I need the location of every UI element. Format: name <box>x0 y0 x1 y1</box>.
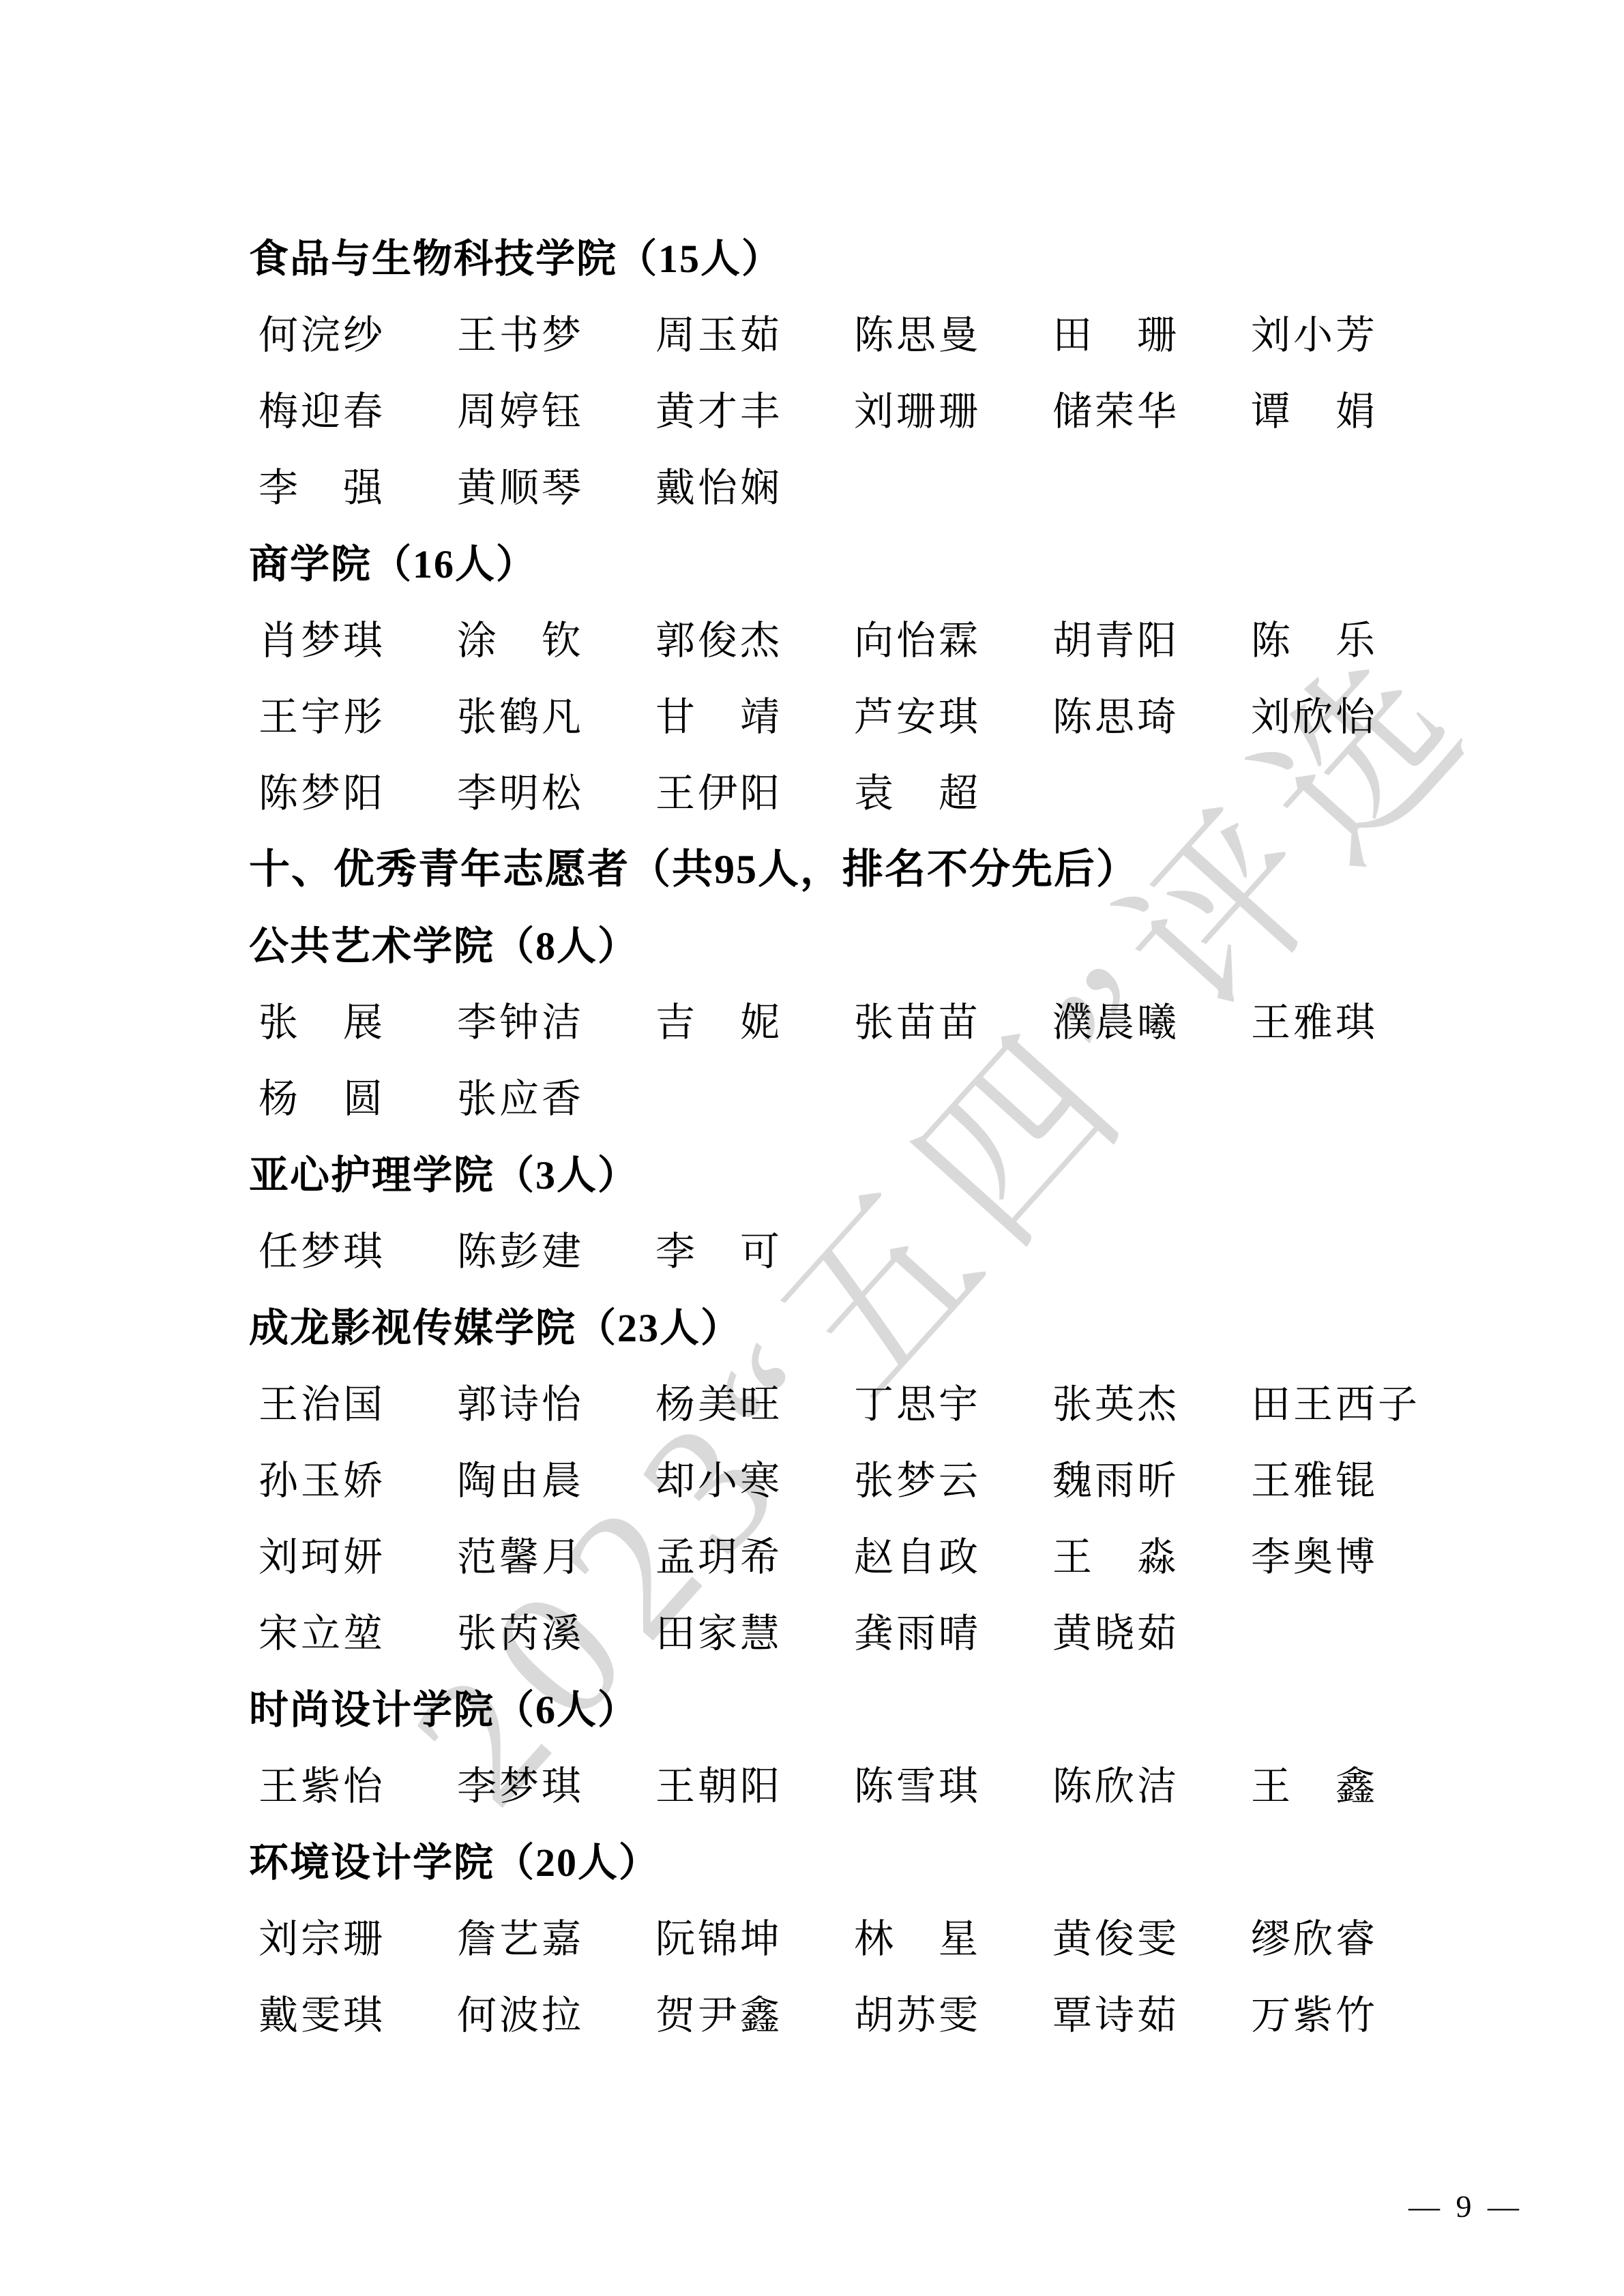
name-item: 詹艺嘉 <box>457 1907 655 1964</box>
name-item: 储荣华 <box>1052 379 1251 436</box>
college-heading: 成龙影视传媒学院（23人） <box>249 1286 1522 1362</box>
name-item: 刘宗珊 <box>259 1907 457 1964</box>
name-item: 李奥博 <box>1251 1525 1449 1582</box>
college-heading: 时尚设计学院（6人） <box>249 1668 1522 1744</box>
name-item: 杨美旺 <box>655 1372 854 1429</box>
college-heading: 环境设计学院（20人） <box>249 1821 1522 1897</box>
name-item: 王 鑫 <box>1251 1754 1449 1811</box>
name-item: 赵自政 <box>854 1525 1052 1582</box>
name-row: 张 展李钟洁吉 妮张苗苗濮晨曦王雅琪 <box>259 981 1522 1057</box>
name-item: 何浣纱 <box>259 303 457 360</box>
name-item: 范馨月 <box>457 1525 655 1582</box>
college-heading: 公共艺术学院（8人） <box>249 904 1522 981</box>
name-item: 周玉茹 <box>655 303 854 360</box>
name-item: 田家慧 <box>655 1601 854 1658</box>
name-item: 芦安琪 <box>854 685 1052 742</box>
name-item: 林 星 <box>854 1907 1052 1964</box>
name-item: 王雅琪 <box>1251 990 1449 1047</box>
name-row: 刘珂妍范馨月孟玥希赵自政王 淼李奥博 <box>259 1515 1522 1592</box>
name-item: 陈欣洁 <box>1052 1754 1251 1811</box>
name-item: 张芮溪 <box>457 1601 655 1658</box>
name-item: 胡青阳 <box>1052 608 1251 666</box>
name-item: 田 珊 <box>1052 303 1251 360</box>
name-item: 戴雯琪 <box>259 1983 457 2040</box>
name-item: 刘珂妍 <box>259 1525 457 1582</box>
name-item: 李梦琪 <box>457 1754 655 1811</box>
name-row: 戴雯琪何波拉贺尹鑫胡苏雯覃诗茹万紫竹 <box>259 1973 1522 2050</box>
name-row: 王紫怡李梦琪王朝阳陈雪琪陈欣洁王 鑫 <box>259 1744 1522 1821</box>
name-item: 甘 靖 <box>655 685 854 742</box>
name-item: 梅迎春 <box>259 379 457 436</box>
name-row: 宋立堃张芮溪田家慧龚雨晴黄晓茹 <box>259 1592 1522 1668</box>
name-item: 田王西子 <box>1251 1372 1449 1429</box>
name-item: 何波拉 <box>457 1983 655 2040</box>
name-item: 周婷钰 <box>457 379 655 436</box>
name-item: 阮锦坤 <box>655 1907 854 1964</box>
name-item: 孙玉娇 <box>259 1448 457 1506</box>
name-item: 陈雪琪 <box>854 1754 1052 1811</box>
document-page: 2023“五四”评选 食品与生物科技学院（15人）何浣纱王书梦周玉茹陈思曼田 珊… <box>0 0 1624 2296</box>
name-item: 张苗苗 <box>854 990 1052 1047</box>
name-row: 任梦琪陈彭建李 可 <box>259 1210 1522 1286</box>
name-item: 丁思宇 <box>854 1372 1052 1429</box>
name-item: 张英杰 <box>1052 1372 1251 1429</box>
name-item: 任梦琪 <box>259 1219 457 1277</box>
name-item: 陈思琦 <box>1052 685 1251 742</box>
name-item: 王治国 <box>259 1372 457 1429</box>
name-item: 杨 圆 <box>259 1067 457 1124</box>
name-item: 濮晨曦 <box>1052 990 1251 1047</box>
name-item: 覃诗茹 <box>1052 1983 1251 2040</box>
college-heading: 亚心护理学院（3人） <box>249 1133 1522 1210</box>
name-item: 向怡霖 <box>854 608 1052 666</box>
name-item: 张 展 <box>259 990 457 1047</box>
name-item: 李 可 <box>655 1219 854 1277</box>
name-row: 孙玉娇陶由晨却小寒张梦云魏雨昕王雅锟 <box>259 1439 1522 1515</box>
page-number: — 9 — <box>1408 2188 1523 2224</box>
name-item: 刘珊珊 <box>854 379 1052 436</box>
name-item: 王 淼 <box>1052 1525 1251 1582</box>
name-item: 肖梦琪 <box>259 608 457 666</box>
name-item: 陈彭建 <box>457 1219 655 1277</box>
name-item: 王宇彤 <box>259 685 457 742</box>
name-item: 李钟洁 <box>457 990 655 1047</box>
name-item: 刘欣怡 <box>1251 685 1449 742</box>
name-item: 郭俊杰 <box>655 608 854 666</box>
name-row: 王治国郭诗怡杨美旺丁思宇张英杰田王西子 <box>259 1362 1522 1439</box>
name-item: 胡苏雯 <box>854 1983 1052 2040</box>
name-item: 郭诗怡 <box>457 1372 655 1429</box>
section-heading: 十、优秀青年志愿者（共95人，排名不分先后） <box>249 828 1522 904</box>
name-item: 黄才丰 <box>655 379 854 436</box>
name-item: 缪欣睿 <box>1251 1907 1449 1964</box>
name-item: 万紫竹 <box>1251 1983 1449 2040</box>
name-item: 黄晓茹 <box>1052 1601 1251 1658</box>
name-item: 黄顺琴 <box>457 456 655 513</box>
name-item: 陈思曼 <box>854 303 1052 360</box>
name-item: 却小寒 <box>655 1448 854 1506</box>
name-item: 黄俊雯 <box>1052 1907 1251 1964</box>
name-item: 宋立堃 <box>259 1601 457 1658</box>
name-item: 魏雨昕 <box>1052 1448 1251 1506</box>
name-item: 王雅锟 <box>1251 1448 1449 1506</box>
name-row: 何浣纱王书梦周玉茹陈思曼田 珊刘小芳 <box>259 293 1522 370</box>
name-row: 陈梦阳李明松王伊阳袁 超 <box>259 751 1522 828</box>
college-heading: 商学院（16人） <box>249 522 1522 599</box>
name-item: 李明松 <box>457 761 655 818</box>
name-row: 李 强黄顺琴戴怡娴 <box>259 446 1522 522</box>
college-heading: 食品与生物科技学院（15人） <box>249 217 1522 293</box>
name-row: 杨 圆张应香 <box>259 1057 1522 1133</box>
name-item: 张鹤凡 <box>457 685 655 742</box>
name-item: 张应香 <box>457 1067 655 1124</box>
name-item: 谭 娟 <box>1251 379 1449 436</box>
name-item: 王朝阳 <box>655 1754 854 1811</box>
name-row: 王宇彤张鹤凡甘 靖芦安琪陈思琦刘欣怡 <box>259 675 1522 751</box>
name-item: 王伊阳 <box>655 761 854 818</box>
name-row: 刘宗珊詹艺嘉阮锦坤林 星黄俊雯缪欣睿 <box>259 1897 1522 1973</box>
name-item: 涂 钦 <box>457 608 655 666</box>
name-item: 陈 乐 <box>1251 608 1449 666</box>
name-item: 孟玥希 <box>655 1525 854 1582</box>
name-item: 吉 妮 <box>655 990 854 1047</box>
name-item: 贺尹鑫 <box>655 1983 854 2040</box>
name-item: 戴怡娴 <box>655 456 854 513</box>
document-content: 食品与生物科技学院（15人）何浣纱王书梦周玉茹陈思曼田 珊刘小芳梅迎春周婷钰黄才… <box>249 217 1522 2050</box>
name-item: 刘小芳 <box>1251 303 1449 360</box>
name-row: 梅迎春周婷钰黄才丰刘珊珊储荣华谭 娟 <box>259 370 1522 446</box>
name-item: 袁 超 <box>854 761 1052 818</box>
name-item: 王紫怡 <box>259 1754 457 1811</box>
name-item: 陶由晨 <box>457 1448 655 1506</box>
name-item: 龚雨晴 <box>854 1601 1052 1658</box>
name-item: 张梦云 <box>854 1448 1052 1506</box>
name-row: 肖梦琪涂 钦郭俊杰向怡霖胡青阳陈 乐 <box>259 599 1522 675</box>
name-item: 王书梦 <box>457 303 655 360</box>
name-item: 陈梦阳 <box>259 761 457 818</box>
name-item: 李 强 <box>259 456 457 513</box>
